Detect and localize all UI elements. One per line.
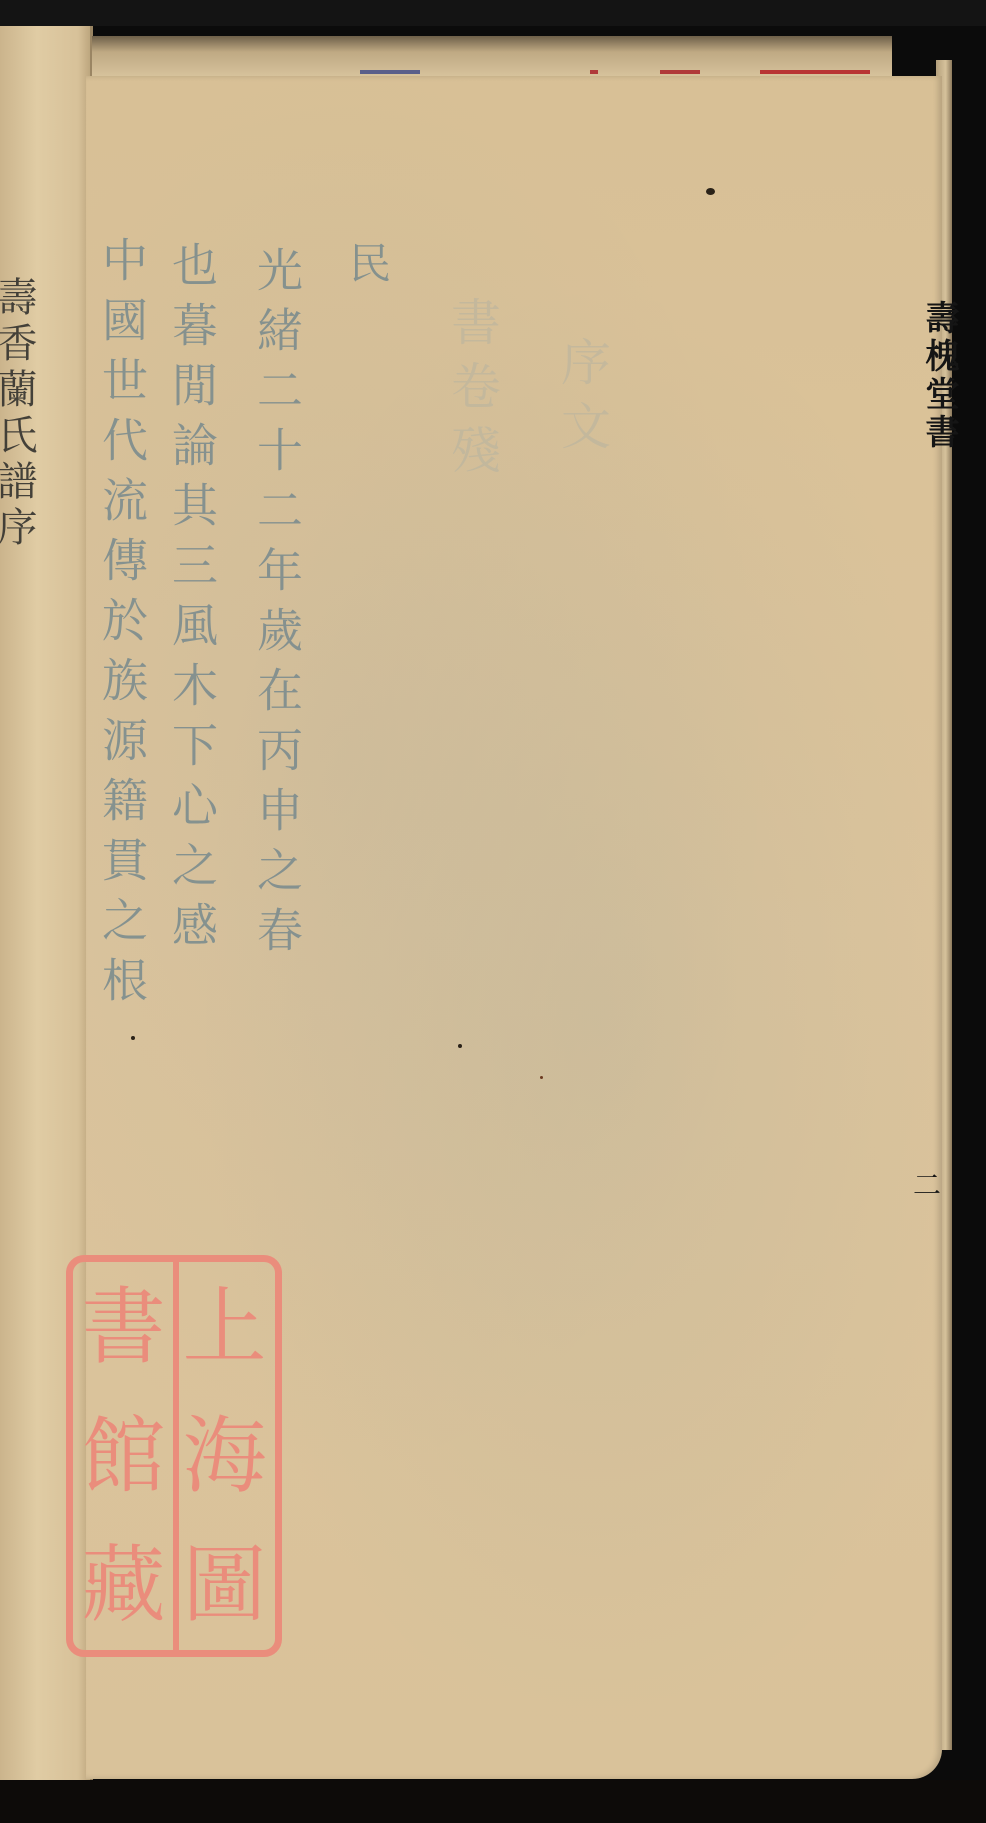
seal-char: 書 xyxy=(73,1262,174,1391)
seal-char: 圖 xyxy=(174,1521,275,1650)
ink-speck xyxy=(458,1044,462,1048)
scanner-background-top xyxy=(0,0,986,26)
next-leaf-title: 壽槐堂書 xyxy=(918,300,958,452)
ink-speck xyxy=(706,188,715,195)
seal-char: 海 xyxy=(174,1391,275,1520)
text-column-3: 光緒二十二年歲在丙申之春 xyxy=(251,246,303,966)
text-column-2: 也暮閒論其三風木下心之感 xyxy=(166,241,218,961)
text-column-1: 中國世代流傳於族源籍貫之根 xyxy=(96,236,148,1016)
next-leaf-mark: 二 xyxy=(915,1170,945,1198)
seal-char: 藏 xyxy=(73,1521,174,1650)
seal-divider xyxy=(173,1262,179,1650)
previous-leaf-text: 壽香蘭氏譜序 xyxy=(0,276,36,552)
seal-char: 館 xyxy=(73,1391,174,1520)
ink-speck xyxy=(131,1036,135,1040)
bleedthrough-column-2: 序文 xyxy=(556,336,608,464)
library-seal: 上 海 圖 書 館 藏 xyxy=(66,1255,282,1657)
text-column-4: 民 xyxy=(341,241,393,297)
bleedthrough-column-1: 書卷殘 xyxy=(446,296,498,488)
scanner-background-bottom xyxy=(0,1780,986,1823)
seal-char: 上 xyxy=(174,1262,275,1391)
rust-speck xyxy=(540,1076,543,1079)
